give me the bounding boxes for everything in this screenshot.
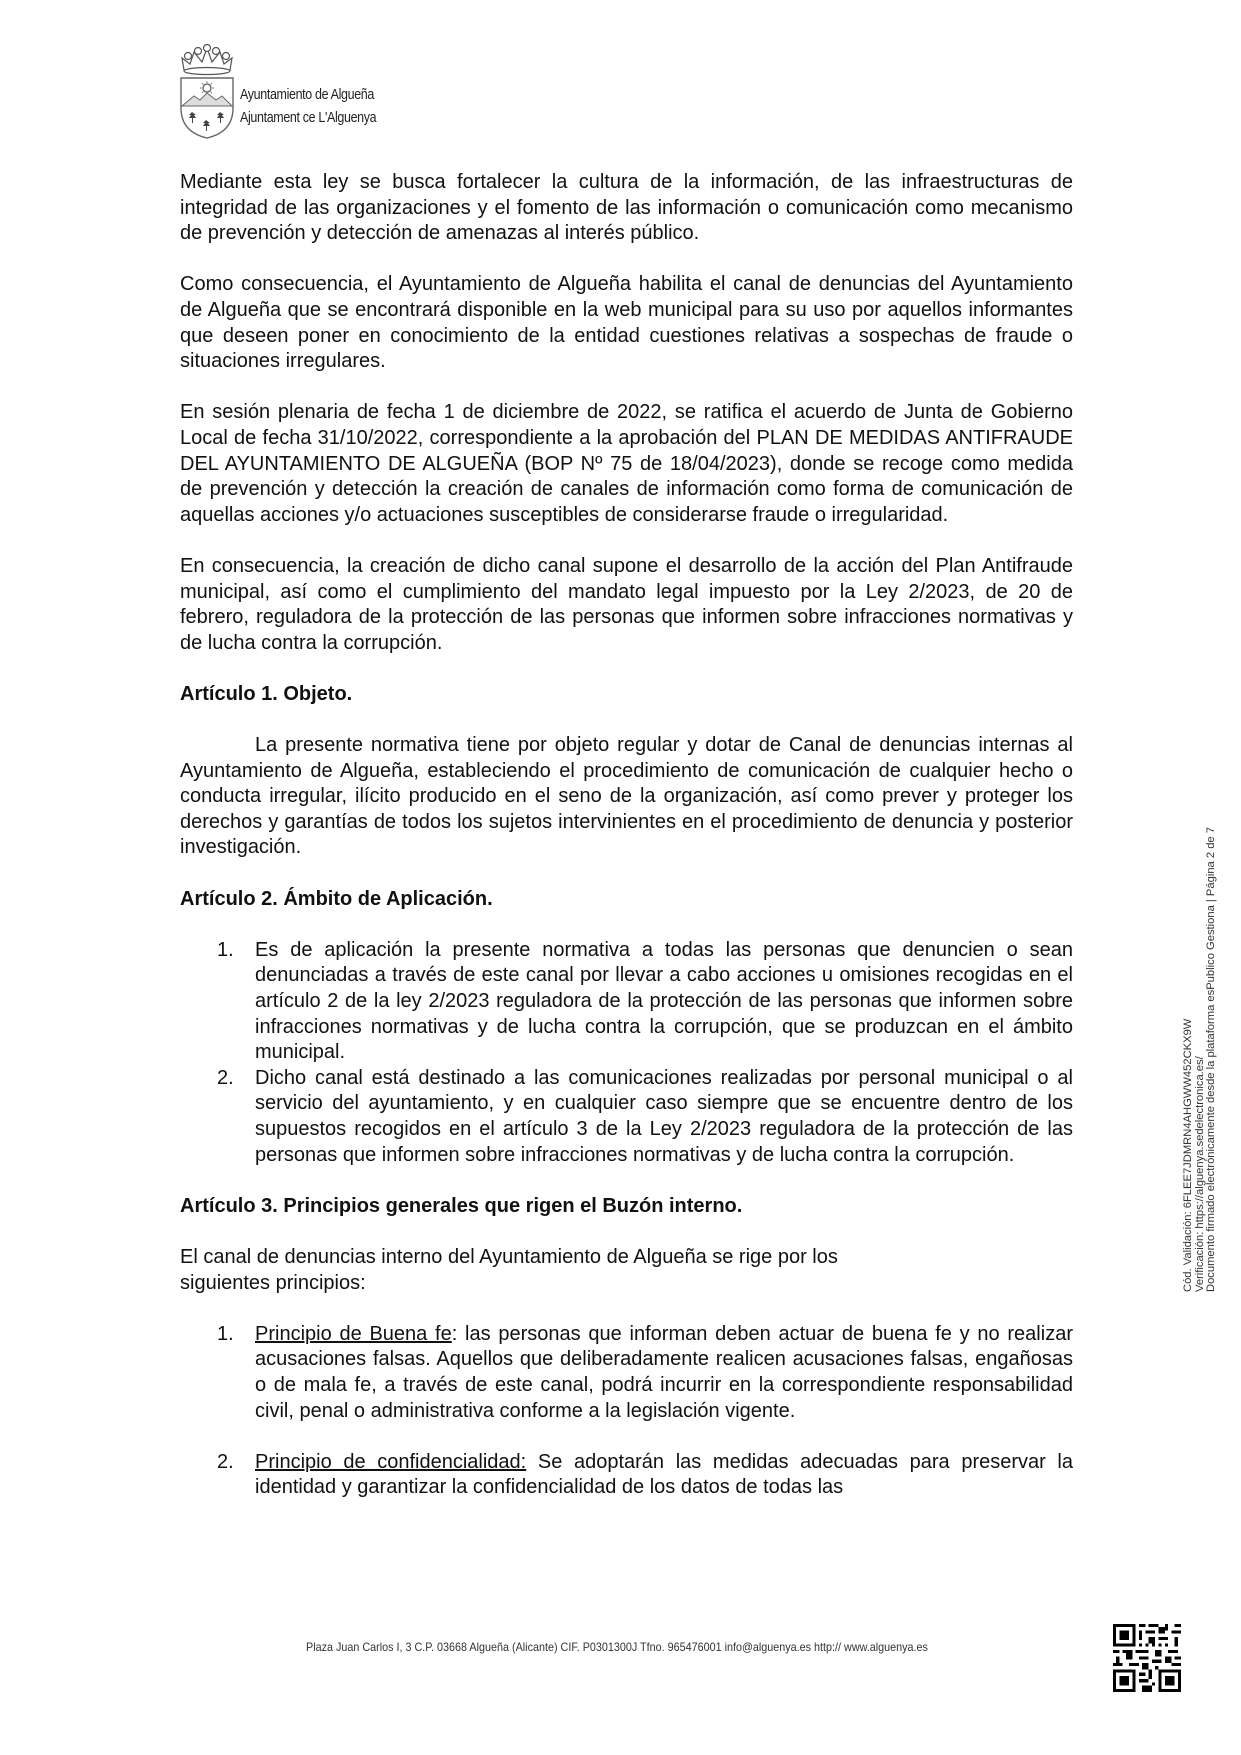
list-text: Es de aplicación la presente normativa a… [255,939,1073,1063]
list-number: 2. [217,1066,234,1092]
article-2-heading: Artículo 2. Ámbito de Aplicación. [180,887,1073,913]
article-3-list: 1. Principio de Buena fe: las personas q… [180,1322,1073,1501]
article-1-heading: Artículo 1. Objeto. [180,682,1073,708]
validation-code: Cód. Validación: 6FLEE7JDMRN4AHGWW452CKX… [1183,827,1195,1292]
municipal-logo: Ayuntamiento de Algueña Ajuntament ce L'… [176,40,366,140]
article-3-intro-line1: El canal de denuncias interno del Ayunta… [180,1246,838,1268]
coat-of-arms-icon [176,40,238,140]
municipality-name: Ayuntamiento de Algueña Ajuntament ce L'… [240,84,376,130]
document-body: Mediante esta ley se busca fortalecer la… [180,170,1073,1526]
article-3-heading: Artículo 3. Principios generales que rig… [180,1194,1073,1220]
list-item: 1. Principio de Buena fe: las personas q… [180,1322,1073,1424]
list-number: 2. [217,1450,234,1476]
municipality-name-es: Ayuntamiento de Algueña [240,84,376,107]
signature-notice: Documento firmado electrónicamente desde… [1206,827,1218,1292]
article-3-intro-line2: siguientes principios: [180,1272,366,1294]
paragraph-antifraud-plan: En consecuencia, la creación de dicho ca… [180,554,1073,656]
principle-label: Principio de confidencialidad: [255,1451,526,1473]
qr-code-icon[interactable] [1113,1624,1181,1692]
list-item: 2. Dicho canal está destinado a las comu… [180,1066,1073,1168]
municipality-name-va: Ajuntament ce L'Alguenya [240,107,376,130]
article-2-list: 1. Es de aplicación la presente normativ… [180,938,1073,1168]
principle-label: Principio de Buena fe [255,1323,452,1345]
paragraph-plenary-session: En sesión plenaria de fecha 1 de diciemb… [180,400,1073,528]
validation-stamp: Cód. Validación: 6FLEE7JDMRN4AHGWW452CKX… [1183,827,1218,1292]
list-item: 1. Es de aplicación la presente normativ… [180,938,1073,1066]
list-number: 1. [217,938,234,964]
paragraph-channel-enabled: Como consecuencia, el Ayuntamiento de Al… [180,272,1073,374]
list-text: Dicho canal está destinado a las comunic… [255,1067,1073,1166]
list-number: 1. [217,1322,234,1348]
article-3-intro: El canal de denuncias interno del Ayunta… [180,1245,1073,1296]
paragraph-law-purpose: Mediante esta ley se busca fortalecer la… [180,170,1073,247]
page-footer: Plaza Juan Carlos I, 3 C.P. 03668 Algueñ… [306,1641,928,1654]
article-1-text: La presente normativa tiene por objeto r… [180,733,1073,861]
list-item: 2. Principio de confidencialidad: Se ado… [180,1450,1073,1501]
